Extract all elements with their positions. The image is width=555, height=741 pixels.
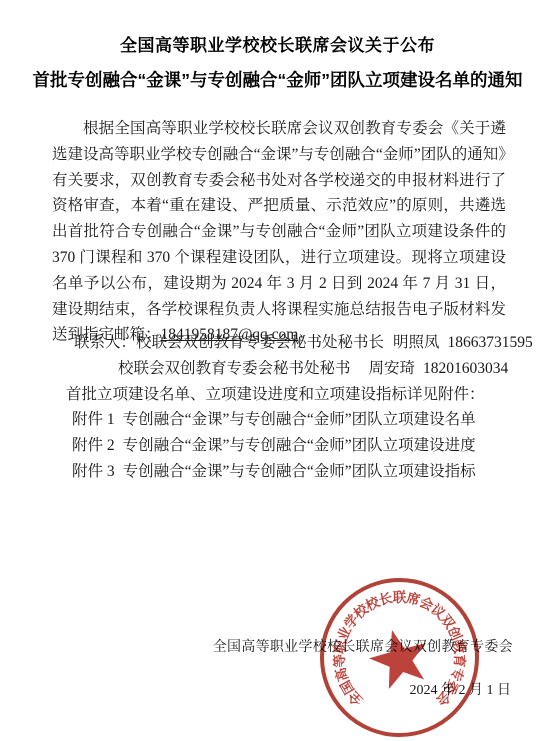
- contact-line-2: 校联会双创教育专委会秘书处秘书周安琦18201603034: [0, 356, 555, 382]
- seal-text-char: 双: [437, 612, 457, 632]
- seal-text-char: 议: [428, 601, 449, 622]
- seal-text-char: 国: [336, 677, 357, 697]
- attachment-title: 专创融合“金课”与专创融合“金师”团队立项建设指标: [123, 463, 476, 480]
- attachments-note: 首批立项建设名单、立项建设进度和立项建设指标详见附件：: [0, 382, 555, 408]
- contact-phone: 18201603034: [423, 360, 508, 377]
- contact-name: 周安琦: [369, 360, 416, 377]
- lower-block: 联系人：校联会双创教育专委会秘书处秘书长明照凤18663731595 校联会双创…: [0, 330, 555, 485]
- seal-text-char: 学: [341, 611, 362, 632]
- body-text: 根据全国高等职业学校校长联席会议双创教育专委会《关于遴选建设高等职业学校专创融合…: [52, 120, 506, 343]
- signature-date: 2024 年 2 月 1 日: [410, 679, 512, 699]
- document-title-line1: 全国高等职业学校校长联席会议关于公布: [0, 31, 555, 56]
- attachment-title: 专创融合“金课”与专创融合“金师”团队立项建设名单: [123, 411, 476, 428]
- seal-text-char: 校: [350, 600, 372, 622]
- contact-line-1: 联系人：校联会双创教育专委会秘书处秘书长明照凤18663731595: [0, 330, 555, 356]
- attachment-label: 附件 2: [72, 437, 115, 454]
- seal-text-char: 会: [417, 593, 437, 614]
- attachment-item-3: 附件 3专创融合“金课”与专创融合“金师”团队立项建设指标: [0, 459, 555, 485]
- seal-text-char: 席: [405, 589, 422, 608]
- document-page: 全国高等职业学校校长联席会议关于公布 首批专创融合“金课”与专创融合“金师”团队…: [0, 0, 555, 741]
- contact-role: 校联会双创教育专委会秘书处秘书: [118, 360, 351, 377]
- seal-text-char: 高: [332, 665, 351, 683]
- contact-role: 校联会双创教育专委会秘书处秘书长: [136, 334, 384, 351]
- official-seal-stamp: 全国高等职业学校校长联席会议双创教育专委会: [318, 576, 481, 739]
- attachment-label: 附件 3: [72, 463, 115, 480]
- signature-organization: 全国高等职业学校校长联席会议双创教育专委会: [213, 636, 513, 656]
- seal-graphic: 全国高等职业学校校长联席会议双创教育专委会: [318, 576, 481, 739]
- attachment-item-2: 附件 2专创融合“金课”与专创融合“金师”团队立项建设进度: [0, 433, 555, 459]
- contact-name: 明照凤: [393, 334, 440, 351]
- seal-text-char: 长: [377, 590, 394, 608]
- seal-text-char: 联: [393, 589, 407, 605]
- contact-phone: 18663731595: [448, 334, 533, 351]
- seal-ring: [322, 580, 477, 735]
- attachment-title: 专创融合“金课”与专创融合“金师”团队立项建设进度: [123, 437, 476, 454]
- attachment-label: 附件 1: [72, 411, 115, 428]
- contact-label: 联系人：: [74, 334, 136, 351]
- document-title-line2: 首批专创融合“金课”与专创融合“金师”团队立项建设名单的通知: [0, 67, 555, 92]
- attachment-item-1: 附件 1专创融合“金课”与专创融合“金师”团队立项建设名单: [0, 407, 555, 433]
- seal-text-char: 全: [344, 688, 365, 709]
- seal-text-char: 校: [362, 593, 383, 614]
- body-paragraph: 根据全国高等职业学校校长联席会议双创教育专委会《关于遴选建设高等职业学校专创融合…: [52, 116, 506, 348]
